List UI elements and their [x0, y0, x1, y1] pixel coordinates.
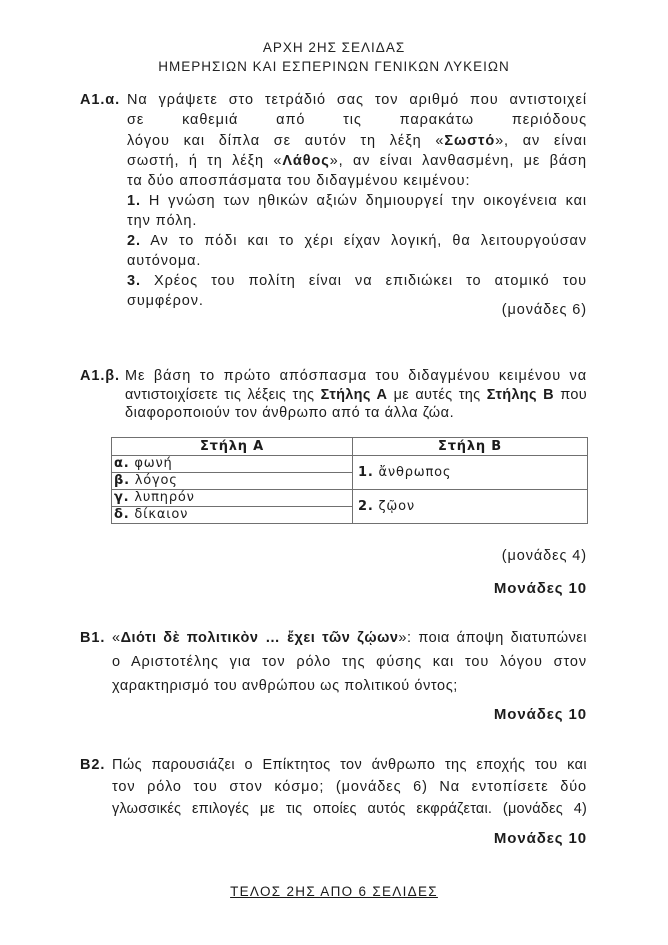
column-b-item: 2. ζῷον	[353, 490, 588, 524]
matching-table: Στήλη Α Στήλη Β α. φωνή 1. ἄνθρωπος β. λ…	[111, 437, 588, 524]
text-line: ο Αριστοτέλης για τον ρόλο της φύσης και…	[112, 654, 587, 670]
text-line: «Διότι δὲ πολιτικὸν … ἔχει τῶν ζῴων»: πο…	[112, 630, 587, 646]
page-footer-text: ΤΕΛΟΣ 2ΗΣ ΑΠΟ 6 ΣΕΛΙΔΕΣ	[230, 884, 438, 899]
question-label: Β2.	[80, 757, 105, 773]
emphasis-wrong: Λάθος	[282, 153, 329, 169]
column-a-item: β. λόγος	[112, 473, 353, 490]
statement-item-cont: αυτόνομα.	[127, 253, 201, 269]
statement-item: 1. Η γνώση των ηθικών αξιών δημιουργεί τ…	[127, 193, 587, 209]
text-line: Να γράψετε στο τετράδιό σας τον αριθμό π…	[127, 92, 587, 108]
text-line: διαφοροποιούν τον άνθρωπο από τα άλλα ζώ…	[125, 405, 454, 421]
text-line: σε καθεμιά από τις παρακάτω περιόδους	[127, 112, 587, 128]
column-a-item: γ. λυπηρόν	[112, 490, 353, 507]
text-line: τα δύο αποσπάσματα του διδαγμένου κειμέν…	[127, 173, 470, 189]
text-line: γλωσσικές επιλογές με τις οποίες αυτός ε…	[112, 801, 587, 817]
column-a-item: δ. δίκαιον	[112, 507, 353, 524]
text-line: Πώς παρουσιάζει ο Επίκτητος τον άνθρωπο …	[112, 757, 587, 773]
column-b-item: 1. ἄνθρωπος	[353, 456, 588, 490]
statement-item: 3. Χρέος του πολίτη είναι να επιδιώκει τ…	[127, 273, 587, 289]
text-line: σωστή, ή τη λέξη «Λάθος», αν είναι λανθα…	[127, 153, 587, 169]
table-row: γ. λυπηρόν 2. ζῷον	[112, 490, 588, 507]
total-points: Μονάδες 10	[400, 830, 587, 847]
question-label: Α1.β.	[80, 368, 120, 384]
question-a1a: Α1.α. Να γράψετε στο τετράδιό σας τον αρ…	[0, 0, 668, 330]
table-row: α. φωνή 1. ἄνθρωπος	[112, 456, 588, 473]
total-points: Μονάδες 10	[400, 706, 587, 723]
text-line: αντιστοιχίσετε τις λέξεις της Στήλης Α μ…	[125, 387, 587, 403]
points-label: (μονάδες 6)	[400, 302, 587, 318]
column-a-item: α. φωνή	[112, 456, 353, 473]
page-footer: ΤΕΛΟΣ 2ΗΣ ΑΠΟ 6 ΣΕΛΙΔΕΣ	[0, 884, 668, 899]
table-header-column-a: Στήλη Α	[112, 438, 353, 456]
emphasis-correct: Σωστό	[444, 133, 495, 149]
quoted-text: Διότι δὲ πολιτικὸν … ἔχει τῶν ζῴων	[121, 630, 399, 646]
statement-item-cont: συμφέρον.	[127, 293, 204, 309]
table-header-column-b: Στήλη Β	[353, 438, 588, 456]
text-line: χαρακτηρισμό του ανθρώπου ως πολιτικού ό…	[112, 678, 458, 694]
statement-item-cont: την πόλη.	[127, 213, 197, 229]
text-line: Με βάση το πρώτο απόσπασμα του διδαγμένο…	[125, 368, 587, 384]
statement-item: 2. Αν το πόδι και το χέρι είχαν λογική, …	[127, 233, 587, 249]
total-points: Μονάδες 10	[400, 580, 587, 597]
text-line: τον ρόλο του στον κόσμο; (μονάδες 6) Να …	[112, 779, 587, 795]
text-line: λόγου και δίπλα σε αυτόν τη λέξη «Σωστό»…	[127, 133, 587, 149]
question-label: Α1.α.	[80, 92, 120, 108]
question-label: Β1.	[80, 630, 105, 646]
points-label: (μονάδες 4)	[400, 548, 587, 564]
